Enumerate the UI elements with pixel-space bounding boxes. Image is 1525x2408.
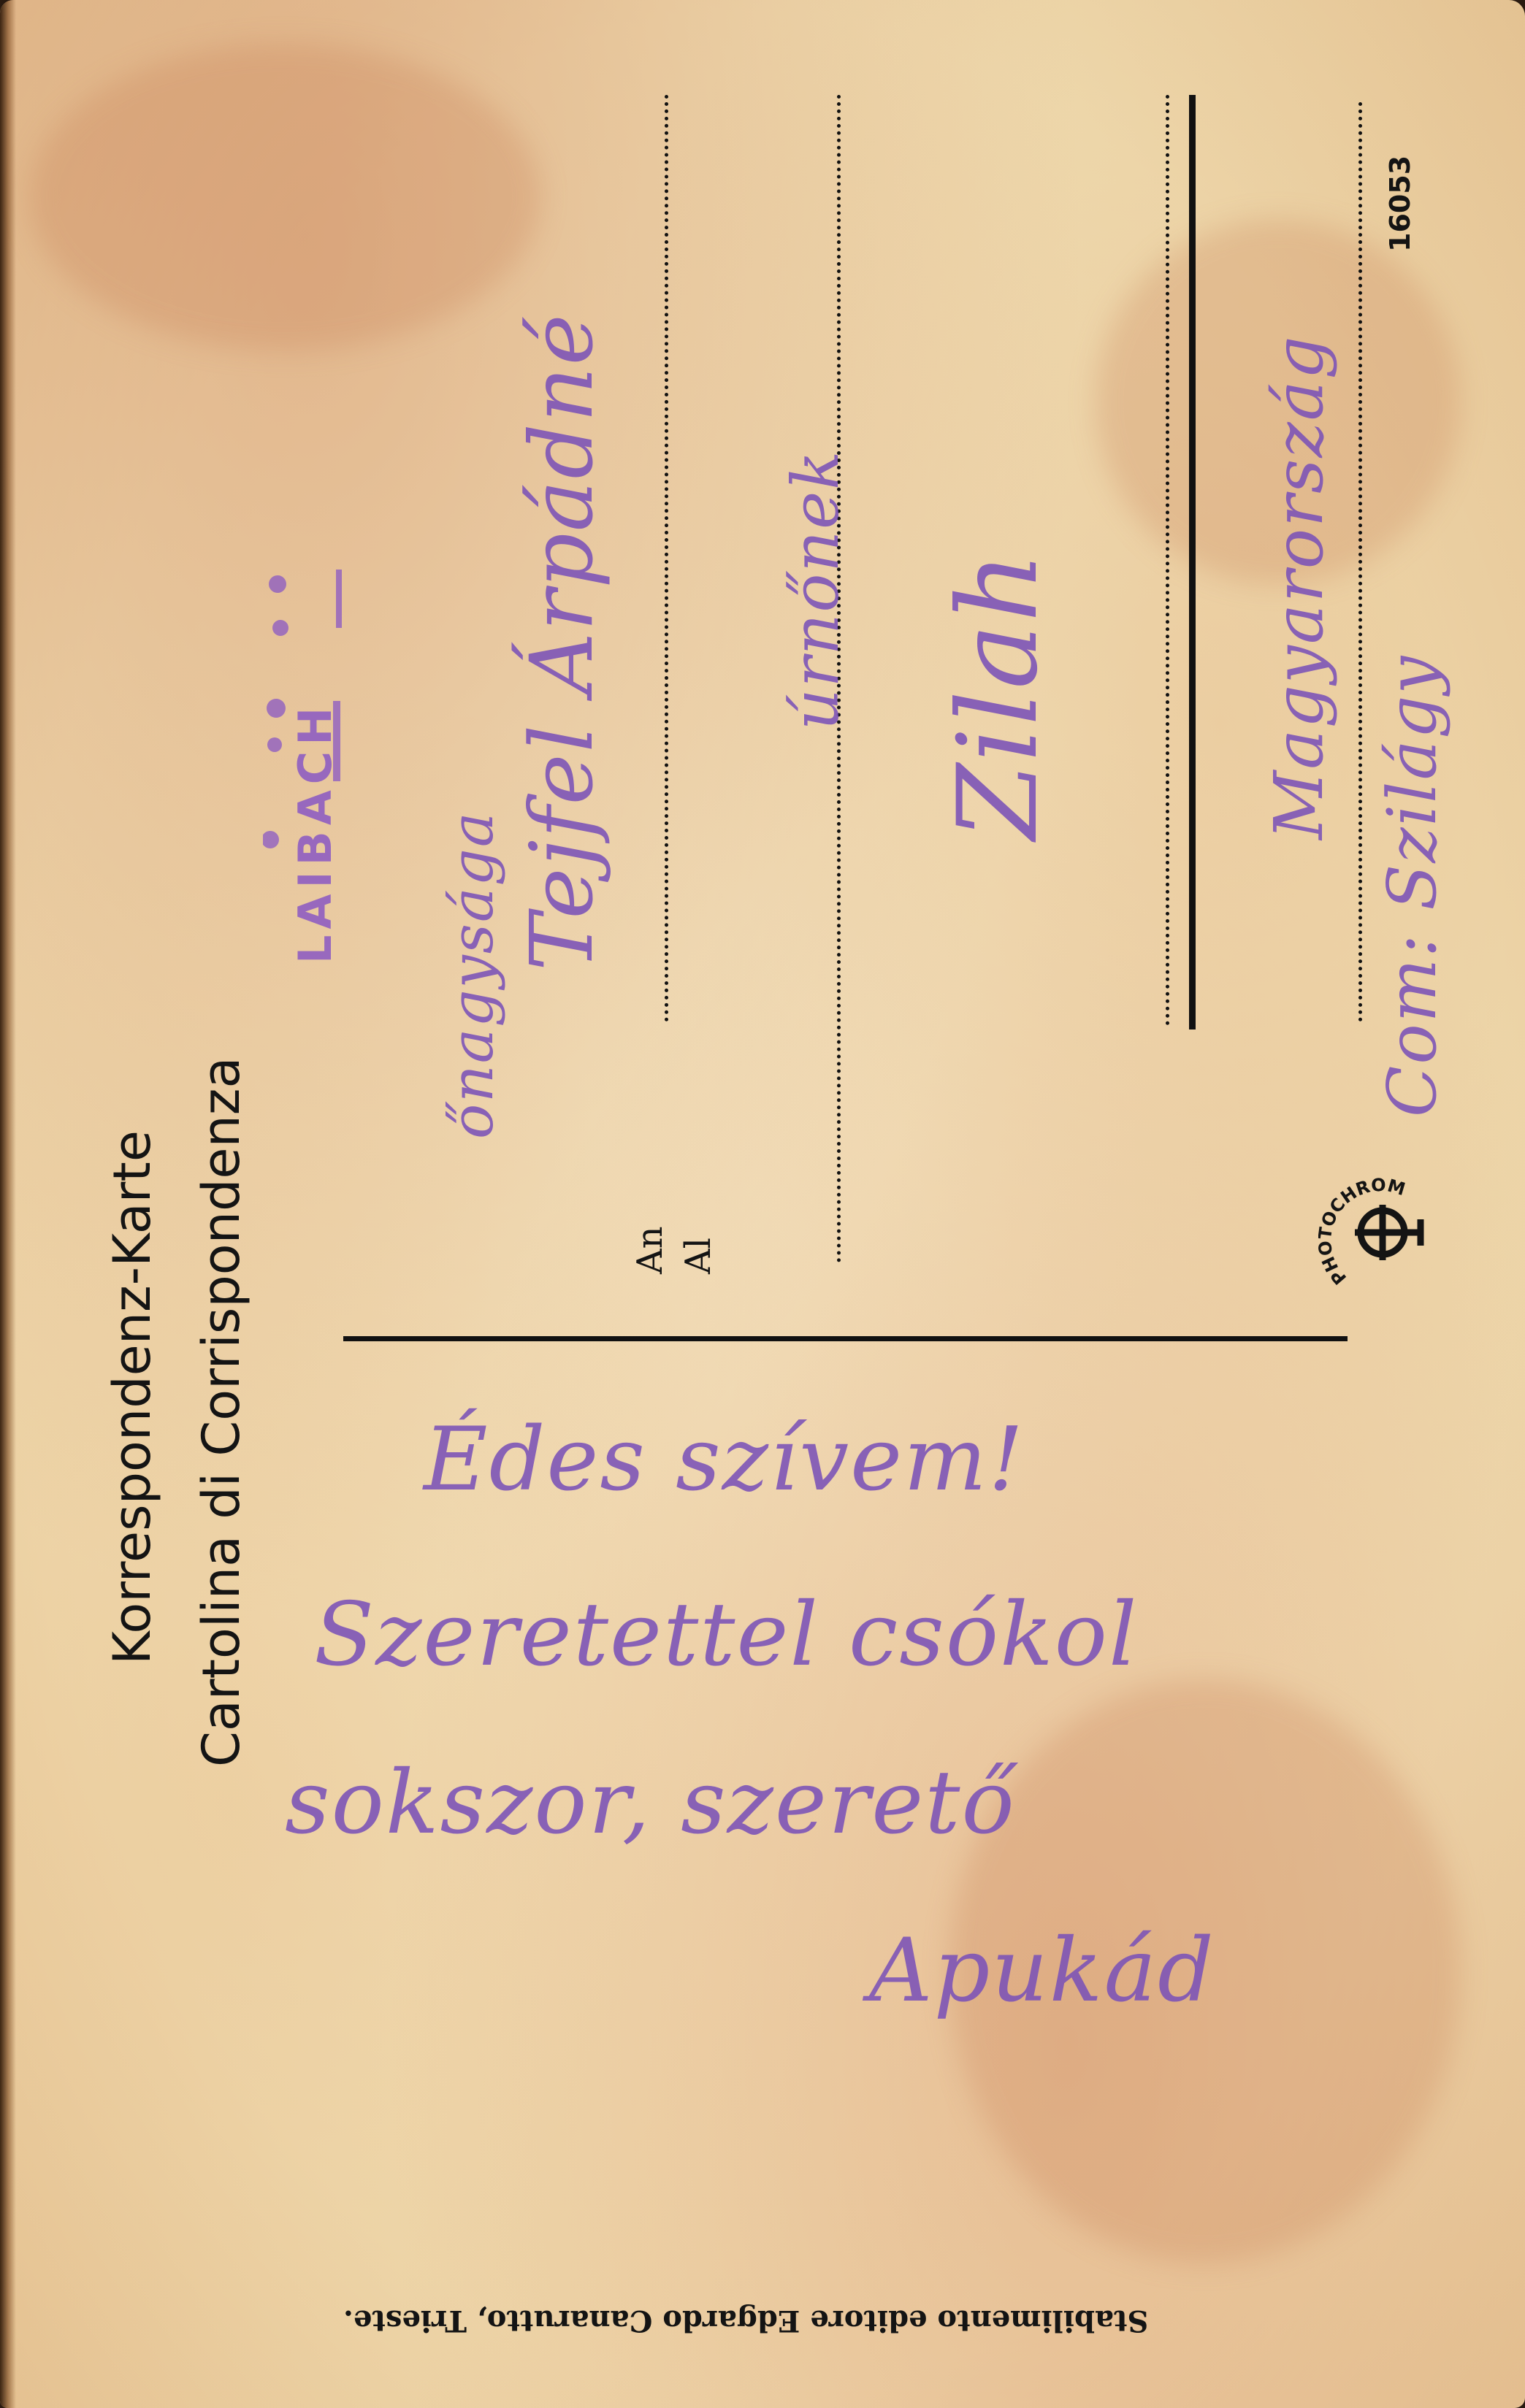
handwritten-recipient-name: Tejfel Árpádné [511, 312, 612, 971]
card-title-german: Korrespondenz-Karte [102, 1130, 162, 1665]
address-line-1 [665, 95, 668, 1022]
serial-number: 16053 [1384, 156, 1416, 252]
message-address-divider [343, 1336, 1348, 1341]
paper-stain [29, 44, 540, 350]
card-title-italian: Cartolina di Corrispondenza [191, 1057, 251, 1767]
publisher-imprint: Stabilimento editore Edgardo Canarutto, … [343, 2304, 1148, 2338]
stamp-text: LAIBACH [288, 702, 342, 964]
address-line-emphasis [1189, 95, 1196, 1029]
handwritten-county: Com: Szilágy [1373, 655, 1451, 1117]
handwritten-country: Magyarország [1260, 334, 1338, 840]
message-line-greeting: Édes szívem! [424, 1409, 1025, 1511]
address-line-3 [1166, 95, 1169, 1026]
handwritten-honorific: őnagysága [438, 811, 506, 1139]
photochrom-monogram-icon [1355, 1205, 1421, 1260]
photochrom-logo: PHOTOCHROM [1318, 1168, 1442, 1292]
handwritten-town: Zilah [935, 551, 1062, 840]
address-label-italian: Al [678, 1238, 719, 1274]
handwritten-address-title: úrnőnek [778, 450, 853, 730]
message-line-3: sokszor, szerető [285, 1752, 1016, 1854]
address-line-4 [1358, 102, 1362, 1022]
message-line-2: Szeretettel csókol [314, 1584, 1138, 1686]
address-label-german: An [630, 1226, 670, 1274]
message-signature: Apukád [869, 1920, 1215, 2022]
postcard-back: Korrespondenz-Karte Cartolina di Corrisp… [0, 0, 1525, 2408]
